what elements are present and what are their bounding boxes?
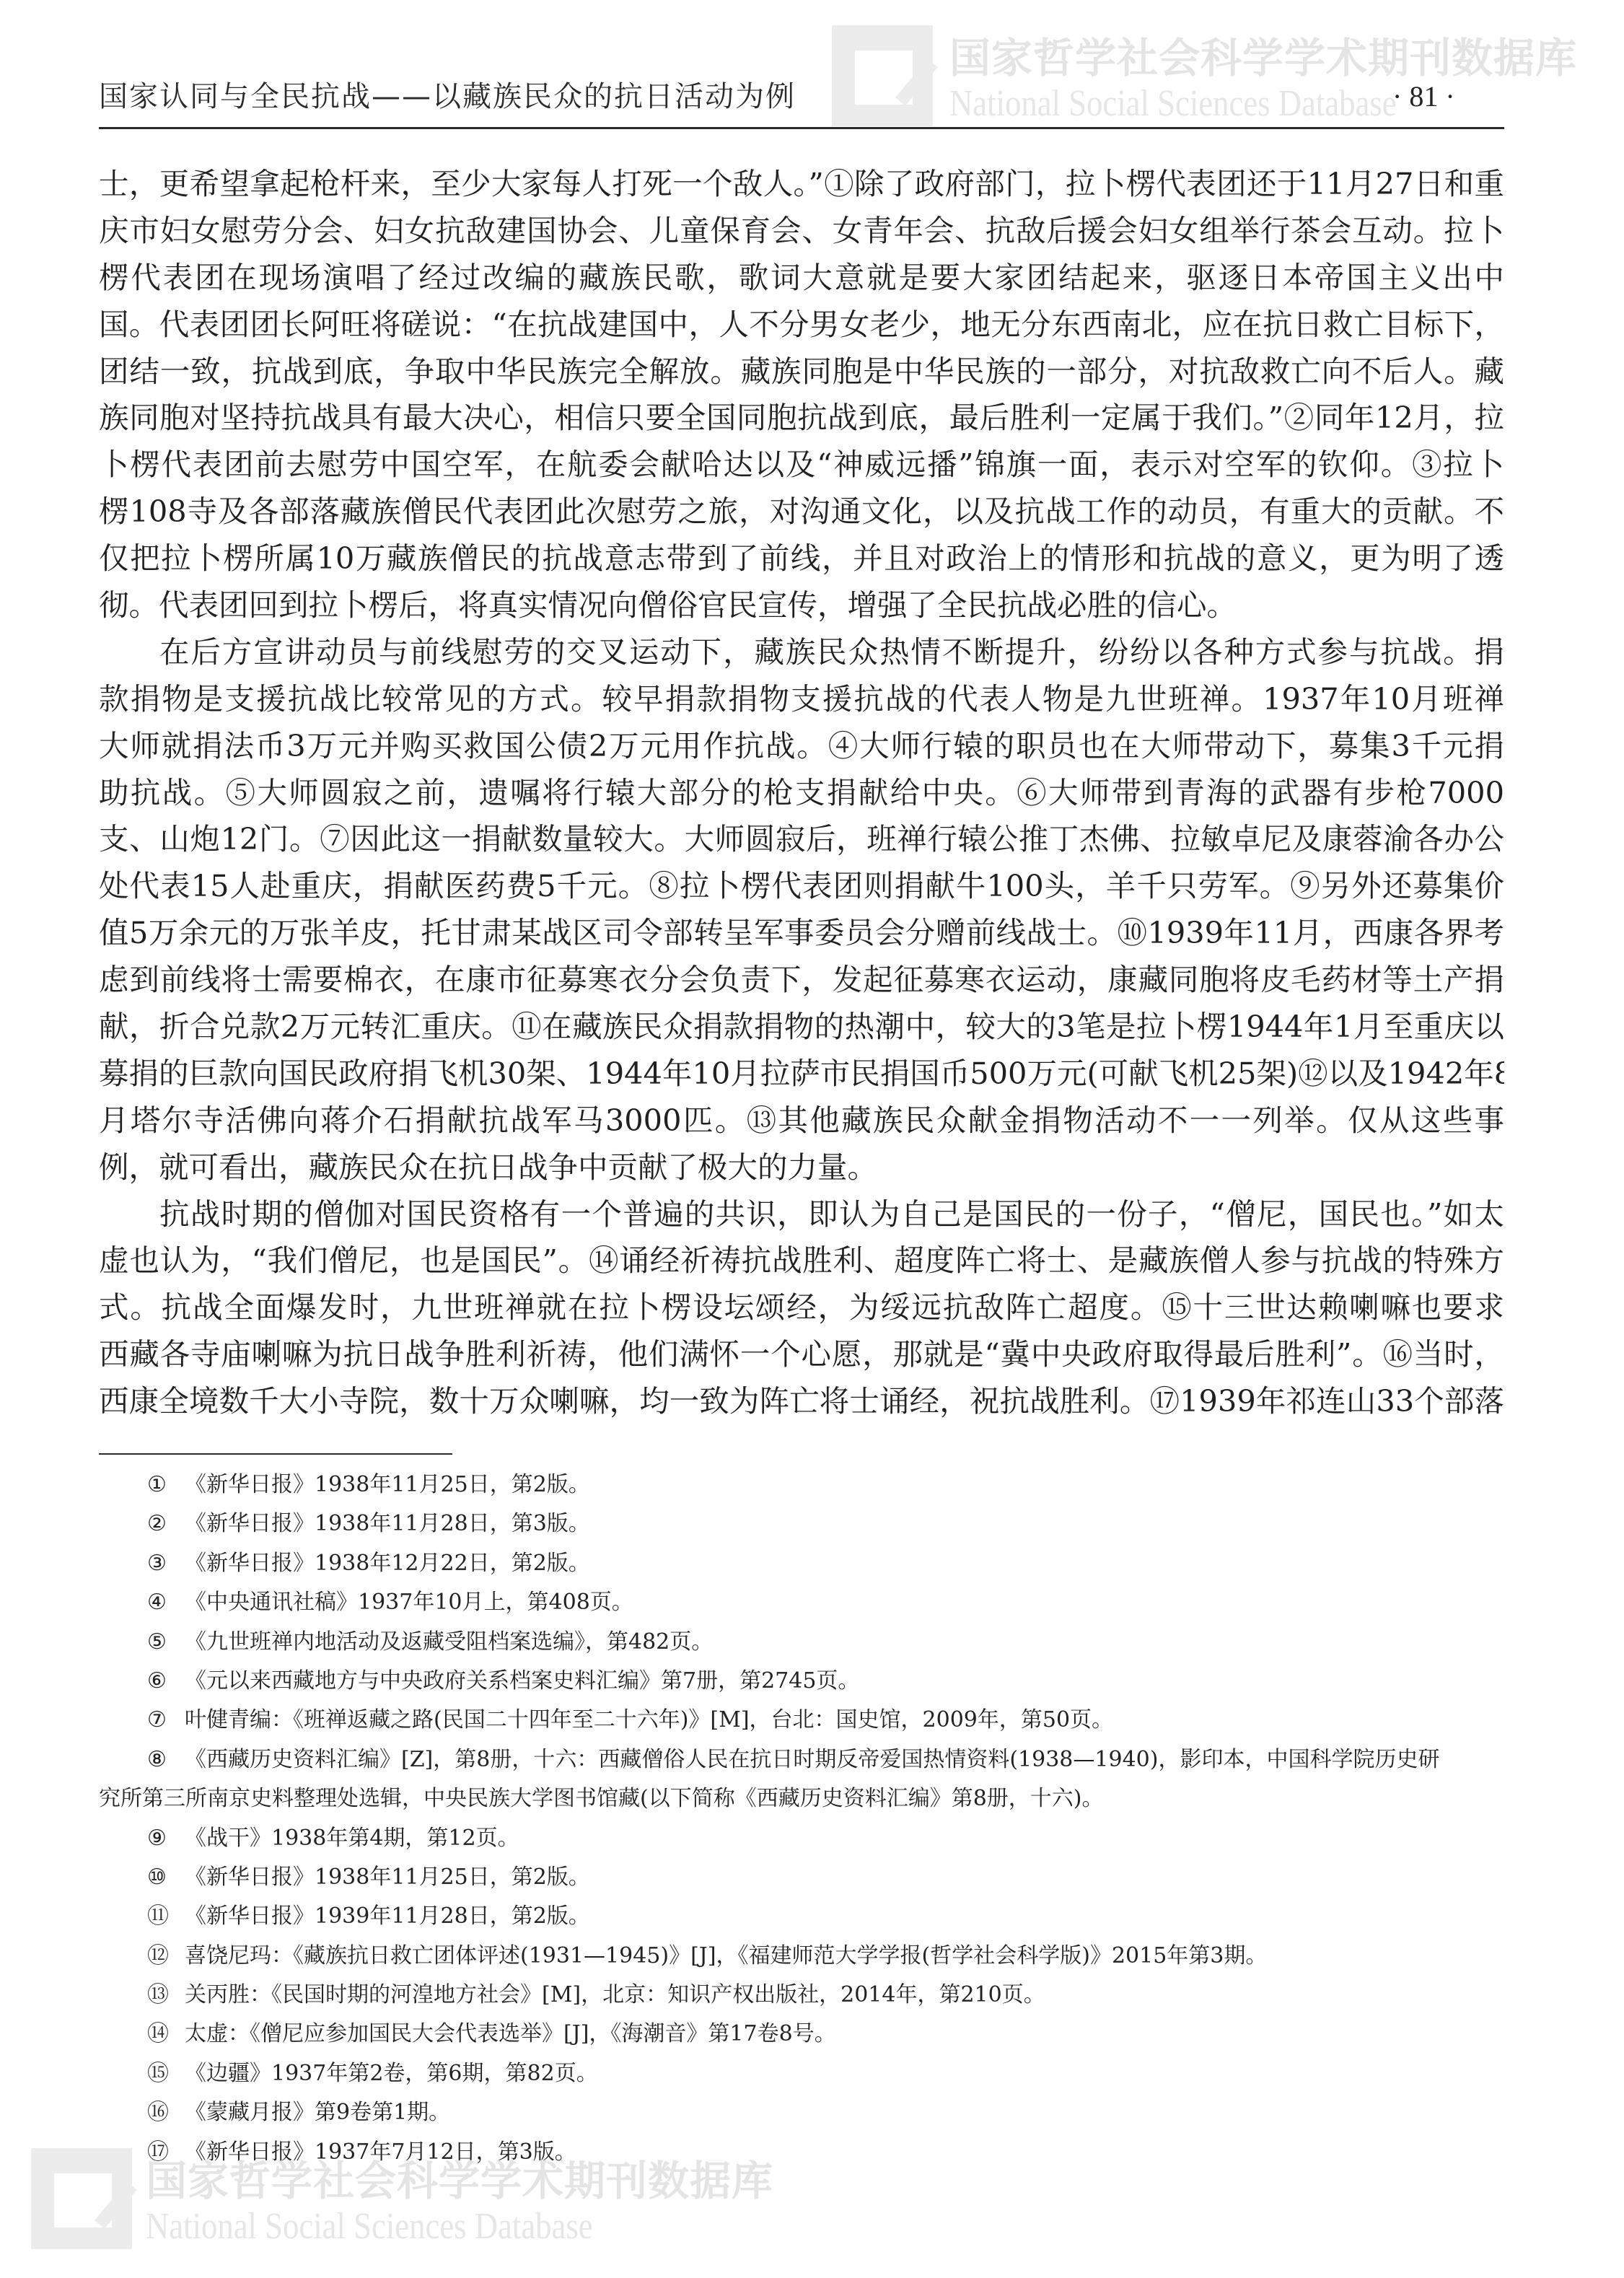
body-line: 助抗战。⑤大师圆寂之前，遗嘱将行辕大部分的枪支捐献给中央。⑥大师带到青海的武器有…	[99, 770, 1504, 817]
footnote-number: ⑯	[147, 2093, 185, 2132]
footnote-text: 《新华日报》1938年12月22日，第2版。	[185, 1551, 590, 1576]
body-line: 抗战时期的僧伽对国民资格有一个普遍的共识，即认为自己是国民的一份子，“僧尼，国民…	[99, 1191, 1504, 1238]
running-header-title: 国家认同与全民抗战——以藏族民众的抗日活动为例	[99, 78, 796, 115]
footnote-number: ⑥	[147, 1662, 185, 1701]
footnote-number: ⑤	[147, 1623, 185, 1662]
watermark-en-top: National Social Sciences Database	[949, 85, 1397, 123]
body-line: 族同胞对坚持抗战具有最大决心，相信只要全国同胞抗战到底，最后胜利一定属于我们。”…	[99, 395, 1504, 442]
footnote-number: ②	[147, 1504, 185, 1543]
footnote-number: ⑧	[147, 1740, 185, 1779]
footnote-continuation: 究所第三所南京史料整理处选辑，中央民族大学图书馆藏(以下简称《西藏历史资料汇编》…	[99, 1779, 1509, 1818]
footnote-number: ⑩	[147, 1858, 185, 1897]
body-text: 士，更希望拿起枪杆来，至少大家每人打死一个敌人。”①除了政府部门，拉卜楞代表团还…	[99, 161, 1504, 1425]
footnote-number: ④	[147, 1583, 185, 1622]
body-line: 献，折合兑款2万元转汇重庆。⑪在藏族民众捐款捐物的热潮中，较大的3笔是拉卜楞19…	[99, 1004, 1504, 1051]
body-line: 虑到前线将士需要棉衣，在康市征募寒衣分会负责下，发起征募寒衣运动，康藏同胞将皮毛…	[99, 957, 1504, 1004]
footnote-item: ⑫喜饶尼玛：《藏族抗日救亡团体评述(1931—1945)》[J]，《福建师范大学…	[99, 1937, 1509, 1976]
body-line: 处代表15人赴重庆，捐献医药费5千元。⑧拉卜楞代表团则捐献牛100头，羊千只劳军…	[99, 863, 1504, 910]
footnote-item: ②《新华日报》1938年11月28日，第3版。	[99, 1504, 1509, 1543]
footnote-item: ⑬关丙胜：《民国时期的河湟地方社会》[M]，北京：知识产权出版社，2014年，第…	[99, 1976, 1509, 2015]
footnote-item: ①《新华日报》1938年11月25日，第2版。	[99, 1466, 1509, 1504]
footnote-item: ⑯《蒙藏月报》第9卷第1期。	[99, 2093, 1509, 2132]
body-line: 月塔尔寺活佛向蒋介石捐献抗战军马3000匹。⑬其他藏族民众献金捐物活动不一一列举…	[99, 1098, 1504, 1144]
footnote-item: ⑭太虚：《僧尼应参加国民大会代表选举》[J]，《海潮音》第17卷8号。	[99, 2015, 1509, 2054]
footnote-text: 《西藏历史资料汇编》[Z]，第8册，十六：西藏僧俗人民在抗日时期反帝爱国热情资料…	[185, 1747, 1439, 1772]
footnote-text: 《蒙藏月报》第9卷第1期。	[185, 2100, 450, 2125]
footnote-item: ⑨《战干》1938年第4期，第12页。	[99, 1819, 1509, 1858]
footnote-number: ⑪	[147, 1897, 185, 1936]
body-line: 虚也认为，“我们僧尼，也是国民”。⑭诵经祈祷抗战胜利、超度阵亡将士、是藏族僧人参…	[99, 1237, 1504, 1284]
footnote-number: ③	[147, 1544, 185, 1583]
footnote-text: 《新华日报》1939年11月28日，第2版。	[185, 1904, 590, 1929]
footnote-number: ⑮	[147, 2054, 185, 2093]
body-line: 西藏各寺庙喇嘛为抗日战争胜利祈祷，他们满怀一个心愿，那就是“冀中央政府取得最后胜…	[99, 1331, 1504, 1378]
header-rule	[99, 127, 1504, 129]
footnote-text: 《九世班禅内地活动及返藏受阻档案选编》，第482页。	[185, 1629, 713, 1655]
footnote-text: 《元以来西藏地方与中央政府关系档案史料汇编》第7册，第2745页。	[185, 1668, 859, 1694]
footnote-number: ①	[147, 1466, 185, 1504]
footnote-item: ⑩《新华日报》1938年11月25日，第2版。	[99, 1858, 1509, 1897]
footnote-number: ⑨	[147, 1819, 185, 1858]
body-line: 楞108寺及各部落藏族僧民代表团此次慰劳之旅，对沟通文化，以及抗战工作的动员，有…	[99, 489, 1504, 535]
footnote-item: ⑥《元以来西藏地方与中央政府关系档案史料汇编》第7册，第2745页。	[99, 1662, 1509, 1701]
footnote-text: 《新华日报》1938年11月28日，第3版。	[185, 1511, 590, 1536]
footnote-item: ⑧《西藏历史资料汇编》[Z]，第8册，十六：西藏僧俗人民在抗日时期反帝爱国热情资…	[99, 1740, 1509, 1779]
body-line: 卜楞代表团前去慰劳中国空军，在航委会献哈达以及“神威远播”锦旗一面，表示对空军的…	[99, 442, 1504, 489]
body-line: 庆市妇女慰劳分会、妇女抗敌建国协会、儿童保育会、女青年会、抗敌后援会妇女组举行茶…	[99, 208, 1504, 255]
footnote-text: 叶健青编：《班禅返藏之路(民国二十四年至二十六年)》[M]，台北：国史馆，200…	[185, 1707, 1113, 1732]
footnote-text: 关丙胜：《民国时期的河湟地方社会》[M]，北京：知识产权出版社，2014年，第2…	[185, 1982, 1045, 2007]
footnote-text: 太虚：《僧尼应参加国民大会代表选举》[J]，《海潮音》第17卷8号。	[185, 2021, 836, 2046]
body-line: 值5万余元的万张羊皮，托甘肃某战区司令部转呈军事委员会分赠前线战士。⑩1939年…	[99, 910, 1504, 957]
watermark-logo-bottom	[31, 2148, 132, 2249]
footnote-number: ⑦	[147, 1701, 185, 1740]
body-line: 支、山炮12门。⑦因此这一捐献数量较大。大师圆寂后，班禅行辕公推丁杰佛、拉敏卓尼…	[99, 816, 1504, 863]
footnote-text: 《战干》1938年第4期，第12页。	[185, 1826, 519, 1851]
footnote-rule	[99, 1453, 452, 1455]
body-line: 楞代表团在现场演唱了经过改编的藏族民歌，歌词大意就是要大家团结起来，驱逐日本帝国…	[99, 255, 1504, 302]
footnote-number: ⑬	[147, 1976, 185, 2015]
body-line: 大师就捐法币3万元并购买救国公债2万元用作抗战。④大师行辕的职员也在大师带动下，…	[99, 723, 1504, 770]
watermark-cn-top: 国家哲学社会科学学术期刊数据库	[949, 35, 1577, 82]
body-line: 仅把拉卜楞所属10万藏族僧民的抗战意志带到了前线，并且对政治上的情形和抗战的意义…	[99, 535, 1504, 582]
footnotes: ①《新华日报》1938年11月25日，第2版。②《新华日报》1938年11月28…	[99, 1466, 1509, 2172]
footnote-item: ③《新华日报》1938年12月22日，第2版。	[99, 1544, 1509, 1583]
footnote-number: ⑭	[147, 2015, 185, 2054]
footnote-item: ⑦叶健青编：《班禅返藏之路(民国二十四年至二十六年)》[M]，台北：国史馆，20…	[99, 1701, 1509, 1740]
body-line: 募捐的巨款向国民政府捐飞机30架、1944年10月拉萨市民捐国币500万元(可献…	[99, 1051, 1504, 1098]
watermark-en-bottom: National Social Sciences Database	[146, 2208, 593, 2246]
footnote-text: 《新华日报》1938年11月25日，第2版。	[185, 1472, 590, 1497]
body-line: 西康全境数千大小寺院，数十万众喇嘛，均一致为阵亡将士诵经，祝抗战胜利。⑰1939…	[99, 1378, 1504, 1425]
footnote-text: 喜饶尼玛：《藏族抗日救亡团体评述(1931—1945)》[J]，《福建师范大学学…	[185, 1943, 1267, 1968]
body-line: 例，就可看出，藏族民众在抗日战争中贡献了极大的力量。	[99, 1144, 1504, 1191]
body-line: 彻。代表团回到拉卜楞后，将真实情况向僧俗官民宣传，增强了全民抗战必胜的信心。	[99, 582, 1504, 629]
footnote-number: ⑫	[147, 1937, 185, 1976]
footnote-item: ⑤《九世班禅内地活动及返藏受阻档案选编》，第482页。	[99, 1623, 1509, 1662]
body-line: 国。代表团团长阿旺将磋说：“在抗战建国中，人不分男女老少，地无分东西南北，应在抗…	[99, 302, 1504, 349]
footnote-item: ⑪《新华日报》1939年11月28日，第2版。	[99, 1897, 1509, 1936]
body-line: 士，更希望拿起枪杆来，至少大家每人打死一个敌人。”①除了政府部门，拉卜楞代表团还…	[99, 161, 1504, 208]
footnote-item: ⑮《边疆》1937年第2卷，第6期，第82页。	[99, 2054, 1509, 2093]
body-line: 款捐物是支援抗战比较常见的方式。较早捐款捐物支援抗战的代表人物是九世班禅。193…	[99, 676, 1504, 723]
footnote-text: 《新华日报》1938年11月25日，第2版。	[185, 1865, 590, 1890]
footnote-text: 《边疆》1937年第2卷，第6期，第82页。	[185, 2061, 598, 2086]
page-number: · 81 ·	[1392, 78, 1455, 115]
watermark-logo-top	[832, 25, 933, 126]
footnote-item: ④《中央通讯社稿》1937年10月上，第408页。	[99, 1583, 1509, 1622]
footnote-text: 《中央通讯社稿》1937年10月上，第408页。	[185, 1590, 633, 1615]
body-line: 团结一致，抗战到底，争取中华民族完全解放。藏族同胞是中华民族的一部分，对抗敌救亡…	[99, 349, 1504, 395]
body-line: 在后方宣讲动员与前线慰劳的交叉运动下，藏族民众热情不断提升，纷纷以各种方式参与抗…	[99, 629, 1504, 676]
watermark-cn-bottom: 国家哲学社会科学学术期刊数据库	[146, 2157, 773, 2205]
body-line: 式。抗战全面爆发时，九世班禅就在拉卜楞设坛颂经，为绥远抗敌阵亡超度。⑮十三世达赖…	[99, 1284, 1504, 1331]
